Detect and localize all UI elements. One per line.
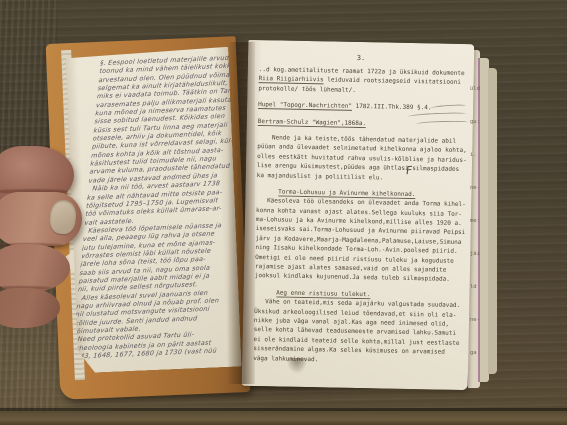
page-number: 3.: [248, 52, 474, 64]
book-gutter-shadow: [227, 42, 255, 384]
handwritten-text-block: §. Eespool loetletud materjalile arvud o…: [70, 53, 246, 374]
middle-finger: [0, 244, 70, 292]
edge-text-fragment: üld: [470, 86, 480, 92]
edge-text-fragment: ga: [470, 350, 477, 356]
photo-open-notebook-on-table: §. Eespool loetletud materjalile arvud o…: [0, 0, 567, 425]
edge-text-fragment: gu:: [470, 119, 480, 125]
right-page-typewritten: 3. ..d kog.ametitalituste raamat 1722a j…: [242, 40, 475, 390]
edge-text-fragment: jäi: [470, 251, 480, 257]
edge-text-fragment: ld: [470, 284, 477, 290]
typewritten-text-block: ..d kog.ametitalituste raamat 1722a ja ü…: [253, 65, 468, 367]
left-hand: [0, 146, 92, 326]
edge-text-fragment: me:: [470, 218, 480, 224]
edge-text-fragment: i.: [470, 152, 477, 158]
edge-text-fragment: ne-: [470, 317, 480, 323]
pencil-annotation-letter: F: [406, 164, 413, 177]
gutter-bottom-notch: [286, 358, 308, 374]
cut-off-text-fragments: üldgu:i.ne-me:jäildne-ga: [467, 80, 497, 380]
wood-table-bottom-strip: [0, 411, 567, 425]
edge-text-fragment: ne-: [470, 185, 480, 191]
ring-finger: [0, 288, 60, 328]
